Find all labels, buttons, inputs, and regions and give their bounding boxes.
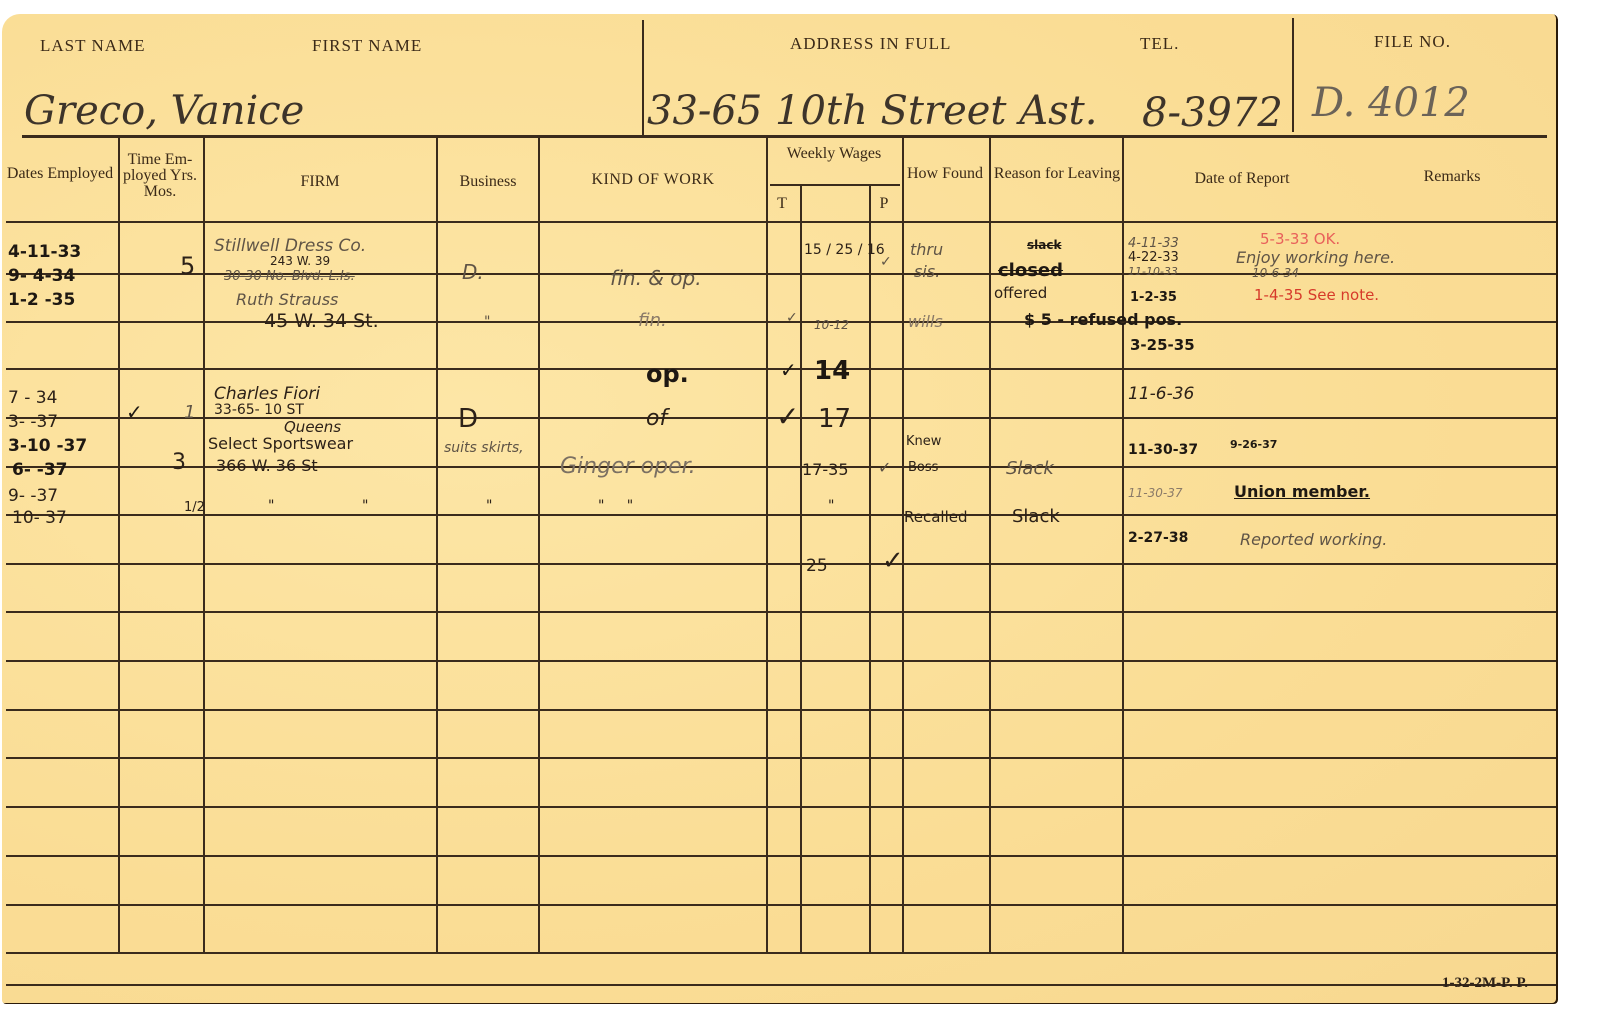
entry-5-wages-p: ✓ (878, 458, 891, 477)
entry-5-wages: 17-35 (802, 460, 849, 479)
ruled-line (6, 660, 1556, 662)
entry-2-how-found: wills (908, 312, 943, 331)
col-how-found: How Found (905, 166, 985, 182)
header-rule (22, 135, 1547, 138)
entry-4-date-start: 7 - 34 (8, 388, 57, 408)
grid-line (1122, 138, 1124, 952)
entry-5-kind: Ginger oper. (560, 454, 696, 479)
entry-6-how-found: Recalled (904, 508, 968, 526)
entry-4-time-yrs: ✓ (126, 400, 143, 424)
entry-2-wages-t: ✓ (786, 310, 798, 326)
entry-6-date-start: 9- -37 (8, 486, 58, 506)
entry-5-firm-address: 366 W. 36 St (216, 456, 318, 475)
entry-7-wages: 25 (806, 556, 828, 576)
grid-line (902, 138, 904, 952)
entry-4-date-end: 3- -37 (8, 412, 58, 432)
entry-7-remark: Reported working. (1240, 530, 1387, 549)
entry-6-firm-ditto-1: " (268, 498, 274, 514)
entry-1-wages: 15 / 25 / 16 (804, 242, 885, 258)
entry-2-firm-address: 45 W. 34 St. (264, 310, 379, 332)
col-wages-t: T (770, 196, 794, 212)
name-value: Greco, Vanice (24, 88, 304, 134)
ruled-line (6, 221, 1556, 223)
entry-4-wages-t: ✓ (776, 400, 799, 433)
ruled-line (6, 321, 1556, 323)
entry-1-time: 5 (180, 252, 195, 280)
ruled-line (6, 904, 1556, 906)
ruled-line (6, 855, 1556, 857)
entry-2-date: 1-2 -35 (8, 290, 75, 310)
entry-2-wages: 10-12 (814, 318, 849, 332)
entry-7-wages-p: ✓ (882, 546, 904, 576)
entry-1-business: D. (462, 260, 484, 284)
col-date-of-report: Date of Report (1127, 171, 1357, 187)
entry-5-business: suits skirts, (444, 438, 534, 458)
tel-value: 8-3972 (1142, 90, 1283, 136)
entry-6-date-end: 10- 37 (12, 508, 67, 528)
entry-1-report-2: 4-22-33 (1128, 250, 1179, 265)
entry-5-how-found-1: Knew (906, 434, 941, 449)
entry-7-report: 2-27-38 (1128, 530, 1188, 546)
entry-1-remark-2: Enjoy working here. (1236, 248, 1395, 267)
col-firm: FIRM (205, 174, 435, 190)
entry-6-reason: Slack (1012, 506, 1060, 527)
entry-2-business: " (484, 314, 490, 330)
grid-line (766, 138, 768, 952)
ruled-line (6, 563, 1556, 565)
grid-line (203, 138, 205, 952)
entry-2-report-1: 1-2-35 (1130, 290, 1177, 305)
entry-1-report-1: 4-11-33 (1128, 236, 1179, 251)
ruled-line (6, 757, 1556, 759)
address-label: ADDRESS IN FULL (790, 34, 951, 54)
col-wages-p: P (872, 196, 896, 212)
divider (642, 20, 644, 138)
entry-2-kind: fin. (638, 310, 667, 331)
entry-4-time: 1 (184, 402, 195, 423)
entry-2-remark: 1-4-35 See note. (1254, 286, 1379, 304)
entry-1-firm-address: 243 W. 39 (270, 254, 330, 268)
entry-2-report-2: 3-25-35 (1130, 336, 1195, 354)
col-weekly-wages: Weekly Wages (768, 146, 900, 162)
col-time-employed: Time Em- ployed Yrs. Mos. (118, 152, 202, 200)
entry-4-firm-address: 33-65- 10 ST (214, 402, 304, 418)
entry-1-reason-2: closed (998, 260, 1063, 281)
entry-4-firm-name: Charles Fiori (214, 384, 320, 404)
entry-1-report-3: 11-10-33 (1128, 265, 1178, 278)
entry-1-date-start: 4-11-33 (8, 242, 81, 262)
entry-4-kind: of (646, 406, 667, 431)
grid-line (989, 138, 991, 952)
grid-line (118, 138, 120, 952)
entry-3-wages-t: ✓ (780, 358, 797, 382)
entry-1-reason-1: slack (1027, 238, 1061, 252)
entry-1-remark-3: 10-6-34 (1252, 266, 1299, 280)
entry-5-date-start: 3-10 -37 (8, 436, 87, 456)
entry-5-date-end: 6- -37 (12, 460, 68, 480)
entry-6-business: " (486, 498, 492, 514)
bottom-rule (6, 984, 1556, 986)
col-business: Business (438, 174, 538, 190)
last-name-label: LAST NAME (40, 36, 146, 56)
entry-2-reason-1: offered (994, 284, 1047, 302)
entry-6-firm-ditto-2: " (362, 498, 368, 514)
grid-line (800, 186, 802, 952)
entry-3-wages: 14 (814, 356, 850, 386)
ruled-line (6, 514, 1556, 516)
ruled-line (6, 952, 1556, 954)
entry-1-firm-old-address: 30-30 No. Blvd. L.Is. (224, 269, 355, 284)
col-kind-of-work: KIND OF WORK (540, 172, 766, 188)
ruled-line (6, 611, 1556, 613)
entry-1-kind: fin. & op. (610, 266, 702, 290)
wages-subrule (770, 184, 900, 186)
ruled-line (6, 806, 1556, 808)
form-code: 1-32-2M-P. P. (1442, 975, 1528, 992)
entry-4-wages: 17 (818, 404, 851, 434)
entry-5-time: 3 (172, 450, 186, 475)
entry-2-firm-name: Ruth Strauss (236, 290, 338, 309)
entry-4-business: D (458, 404, 478, 434)
entry-2-reason-2: $ 5 - refused pos. (1024, 310, 1182, 329)
entry-5-report: 11-30-37 (1128, 442, 1198, 458)
entry-5-reason: Slack (1006, 458, 1054, 479)
file-no-label: FILE NO. (1374, 32, 1451, 52)
address-value: 33-65 10th Street Ast. (647, 88, 1097, 134)
file-no-value: D. 4012 (1312, 80, 1470, 126)
ruled-line (6, 709, 1556, 711)
entry-6-time: 1/2 (184, 500, 205, 515)
col-dates-employed: Dates Employed (4, 166, 116, 182)
divider (1292, 18, 1294, 132)
first-name-label: FIRST NAME (312, 36, 422, 56)
entry-1-firm-name: Stillwell Dress Co. (214, 236, 366, 256)
entry-4-report: 11-6-36 (1128, 384, 1194, 404)
entry-6-report: 11-30-37 (1128, 486, 1182, 500)
entry-1-date-end: 9- 4-34 (8, 266, 75, 286)
entry-1-remark-1: 5-3-33 OK. (1260, 230, 1340, 248)
entry-1-how-found-2: sis. (914, 262, 940, 281)
grid-line (436, 138, 438, 952)
employment-record-card: LAST NAME FIRST NAME ADDRESS IN FULL TEL… (2, 14, 1558, 1004)
entry-6-kind: " " (598, 498, 633, 514)
entry-3-kind: op. (646, 360, 689, 388)
tel-label: TEL. (1140, 34, 1179, 54)
col-remarks: Remarks (1372, 169, 1532, 185)
grid-line (538, 138, 540, 952)
entry-6-remark: Union member. (1234, 482, 1370, 501)
entry-1-wages-p: ✓ (880, 254, 892, 270)
grid-line (869, 186, 871, 952)
entry-5-how-found-2: Boss (908, 460, 938, 475)
entry-5-firm-name: Select Sportswear (208, 434, 353, 453)
entry-6-wages: " (828, 498, 834, 514)
entry-1-how-found-1: thru (910, 240, 943, 259)
col-reason-for-leaving: Reason for Leaving (992, 166, 1122, 182)
entry-5-remark: 9-26-37 (1230, 438, 1277, 451)
